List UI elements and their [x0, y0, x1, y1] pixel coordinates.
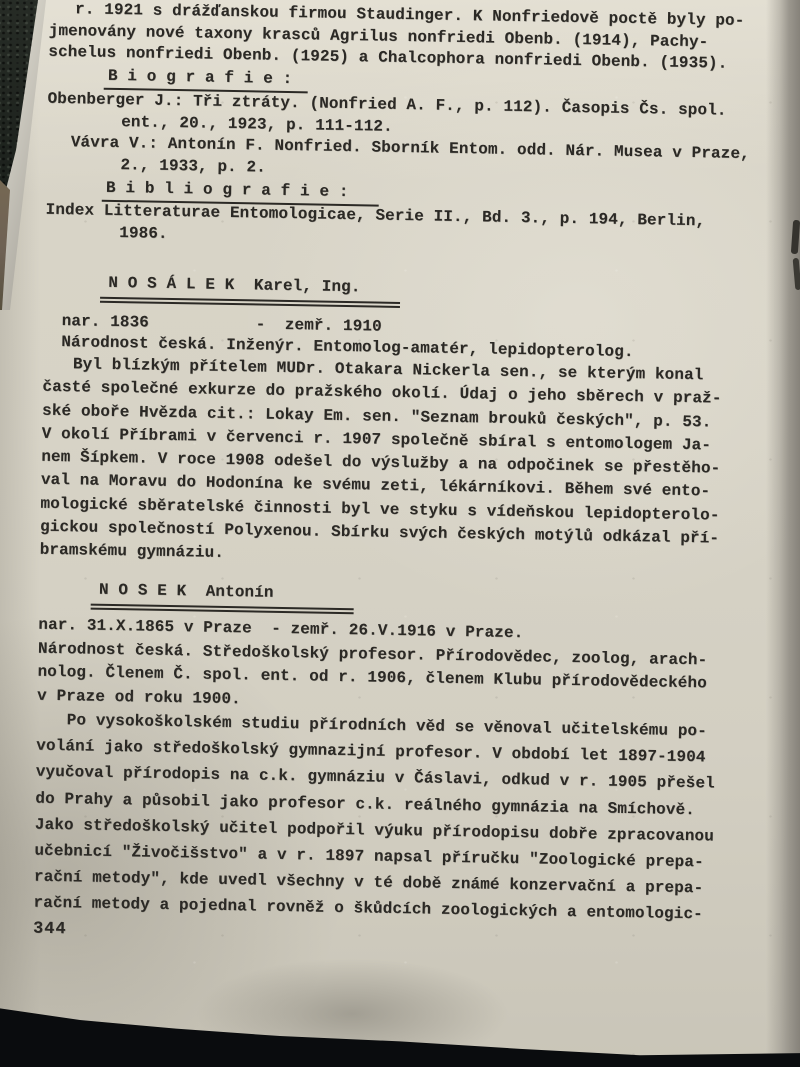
intro-paragraph: r. 1921 s drážďanskou firmou Staudinger.… [48, 0, 744, 75]
bibliografie-entries: Index Litteraturae Entomologicae, Serie … [45, 200, 705, 255]
nosek-nationality: Národnost česká. Středoškolský profesor.… [37, 638, 708, 720]
biografie-entries: Obenberger J.: Tři ztráty. (Nonfried A. … [46, 89, 751, 188]
nosalek-biography-paragraph: Byl blízkým přítelem MUDr. Otakara Nicke… [39, 353, 722, 574]
nosek-biography-paragraph: Po vysokoškolském studiu přírodních věd … [33, 707, 716, 928]
nosalek-entry-heading: N O S Á L E K Karel, Ing. [100, 274, 401, 308]
typewritten-text: r. 1921 s drážďanskou firmou Staudinger.… [0, 0, 800, 1067]
nosalek-name-heading: N O S Á L E K Karel, Ing. [100, 274, 401, 308]
nosek-name-heading: N O S E K Antonín [91, 581, 354, 615]
nosek-entry-heading: N O S E K Antonín [91, 581, 354, 615]
nosalek-dates: nar. 1836 - zemř. 1910 [61, 312, 381, 336]
page-photo: r. 1921 s drážďanskou firmou Staudinger.… [0, 0, 800, 1067]
birth-death-line: nar. 1836 - zemř. 1910 [61, 312, 381, 336]
page-number: 344 [33, 920, 67, 940]
